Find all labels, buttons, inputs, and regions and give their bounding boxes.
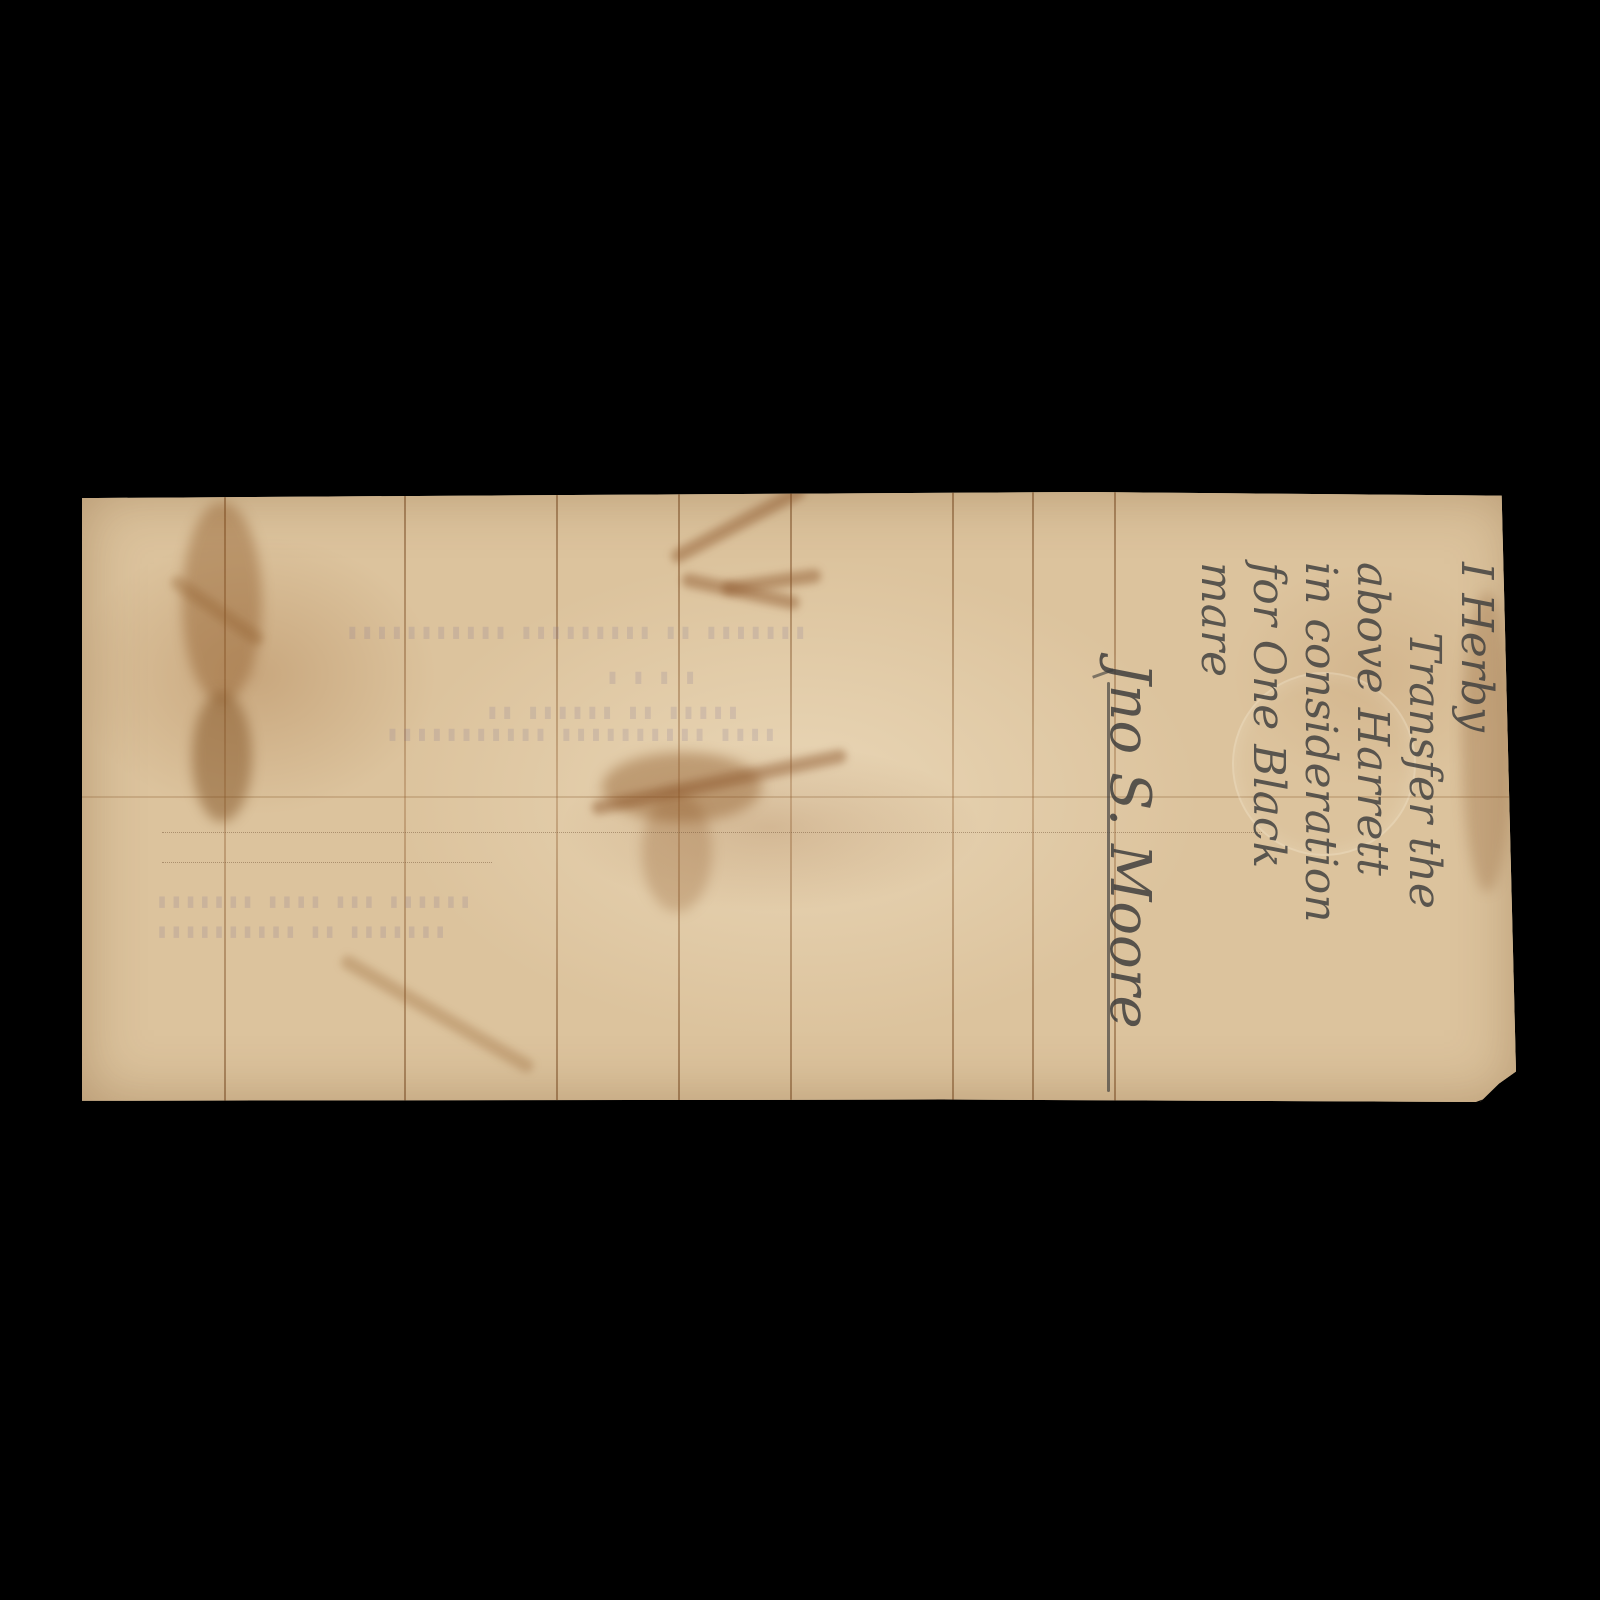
endorsement-line: above Harrett [1346,562,1398,923]
endorsement-line: mare [1190,562,1242,923]
bleed-through-print: ▮ ▮ ▮ ▮ [602,667,694,686]
stain-streak [669,482,808,565]
bleed-through-print: ▮▮▮▮▮▮ ▮▮▮ ▮▮▮▮ ▮▮▮▮▮▮▮ [152,892,469,910]
endorsement-line: Transfer the [1398,562,1450,923]
endorsement-line: in consideration [1294,562,1346,923]
photo-stage: ▮▮▮▮▮▮▮ ▮▮ ▮▮▮▮▮▮▮▮▮ ▮▮▮▮▮▮▮▮▮▮▮ ▮ ▮ ▮ ▮… [0,0,1600,1600]
bleed-through-print: ▮▮▮▮ ▮▮▮▮▮▮▮▮▮▮ ▮▮▮▮▮▮▮▮▮▮▮ [382,724,774,743]
bleed-through-print: ▮▮▮▮▮▮▮ ▮▮ ▮▮▮▮▮▮▮▮▮ ▮▮▮▮▮▮▮▮▮▮▮ [342,622,805,641]
bleed-through-print: ▮▮▮▮▮▮▮ ▮▮ ▮▮▮▮▮▮▮▮▮▮ [152,922,444,940]
bleed-through-print: ▮▮▮▮▮ ▮▮ ▮▮▮▮▮▮ ▮▮ [482,702,737,721]
stain-streak [339,953,537,1075]
endorsement-line: for One Black [1242,562,1294,923]
form-line [162,862,492,863]
signature: Jno S. Moore [1097,662,1162,1029]
water-stain [642,792,712,912]
water-stain [192,692,252,822]
aged-document: ▮▮▮▮▮▮▮ ▮▮ ▮▮▮▮▮▮▮▮▮ ▮▮▮▮▮▮▮▮▮▮▮ ▮ ▮ ▮ ▮… [82,492,1516,1102]
endorsement-line: I Herby [1450,562,1502,923]
